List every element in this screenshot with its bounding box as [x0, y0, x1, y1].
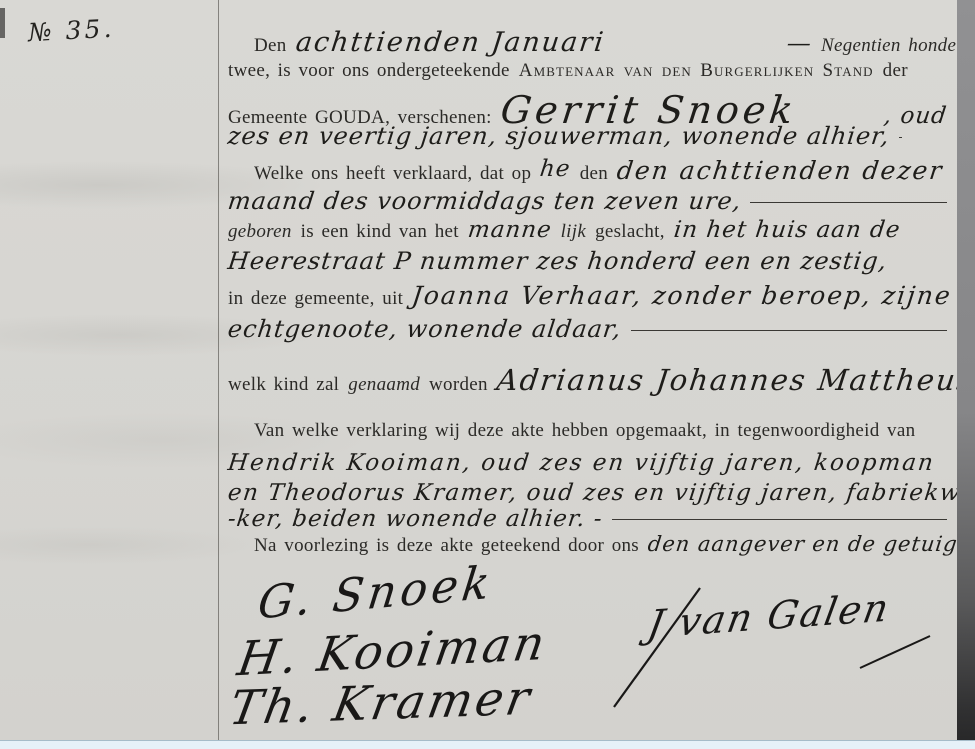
handwritten-text: manne [466, 217, 553, 243]
handwritten-name: Adrianus Johannes Mattheus [495, 363, 975, 397]
handwritten-dash: — [785, 29, 813, 57]
handwritten-name: en Theodorus Kramer, oud zes en vijftig … [226, 480, 975, 506]
handwritten-text: in het huis aan de [672, 217, 902, 243]
form-line-8: Heerestraat P nummer zes honderd een en … [228, 247, 947, 275]
printed-text: twee, is voor ons ondergeteekende [228, 60, 510, 82]
scan-bottom-strip [0, 740, 975, 749]
signature-g-snoek: G. Snoek [255, 555, 496, 629]
printed-text: Na voorlezing is deze akte geteekend doo… [254, 535, 639, 557]
page-edge-shadow [957, 0, 975, 749]
scan-edge-mark [0, 8, 5, 38]
signature-j-van-galen: J van Galen [644, 585, 893, 647]
form-line-2: twee, is voor ons ondergeteekende Ambten… [228, 60, 947, 82]
act-number: № 35. [27, 14, 115, 47]
form-line-15: -ker, beiden wonende alhier. - [228, 506, 947, 532]
signature-th-kramer: Th. Kramer [225, 671, 537, 737]
handwritten-name: Hendrik Kooiman, oud zes en vijftig jare… [226, 450, 936, 476]
form-line-7: geboren is een kind van het manne lijk g… [228, 217, 947, 243]
form-line-4: zes en veertig jaren, sjouwerman, wonend… [228, 122, 947, 150]
form-line-12: Van welke verklaring wij deze akte hebbe… [228, 420, 973, 442]
handwritten-text: zes en veertig jaren, sjouwerman, wonend… [226, 122, 891, 150]
handwritten-text: achttienden Januari [294, 27, 780, 58]
printed-text: geboren [228, 221, 292, 243]
printed-text: Den [254, 35, 287, 57]
form-line-6: maand des voormiddags ten zeven ure, [228, 187, 947, 215]
printed-text: welk kind zal [228, 374, 339, 396]
printed-text: worden [429, 374, 488, 396]
ink-rule [899, 137, 902, 138]
printed-text: in deze gemeente, uit [228, 288, 403, 310]
handwritten-text: -ker, beiden wonende alhier. - [226, 506, 604, 532]
form-line-11: welk kind zal genaamd worden Adrianus Jo… [228, 363, 947, 397]
printed-text: is een kind van het [301, 221, 459, 243]
handwritten-text: den aangever en de getuigen. [647, 532, 975, 556]
ink-rule [612, 519, 947, 520]
form-line-9: in deze gemeente, uit Joanna Verhaar, zo… [228, 281, 947, 310]
handwritten-text: Heerestraat P nummer zes honderd een en … [226, 247, 889, 275]
form-line-10: echtgenoote, wonende aldaar, [228, 315, 947, 343]
form-line-1: Den achttienden Januari — Negentien hond… [228, 27, 973, 58]
printed-text: den [580, 163, 608, 185]
handwritten-text: den achttienden dezer [615, 156, 945, 185]
printed-text: Van welke verklaring wij deze akte hebbe… [254, 420, 915, 442]
printed-text: genaamd [348, 374, 420, 396]
printed-text: lijk [561, 221, 586, 243]
ink-rule [631, 330, 947, 331]
margin-rule [218, 0, 219, 740]
handwritten-text: echtgenoote, wonende aldaar, [226, 315, 623, 343]
form-line-13: Hendrik Kooiman, oud zes en vijftig jare… [228, 450, 947, 476]
printed-smallcaps: Ambtenaar van den Burgerlijken Stand [519, 60, 874, 82]
printed-text: der [883, 60, 908, 82]
form-line-14: en Theodorus Kramer, oud zes en vijftig … [228, 480, 947, 506]
form-line-5: Welke ons heeft verklaard, dat op he den… [228, 156, 973, 185]
handwritten-insertion: he [539, 156, 573, 182]
handwritten-text: maand des voormiddags ten zeven ure, [226, 187, 743, 215]
handwritten-name: Joanna Verhaar, zonder beroep, zijne [410, 281, 953, 310]
printed-text: Negentien honderd [821, 35, 973, 57]
printed-text: Welke ons heeft verklaard, dat op [254, 163, 531, 185]
ink-rule [750, 202, 947, 203]
printed-text: geslacht, [595, 221, 665, 243]
form-line-16: Na voorlezing is deze akte geteekend doo… [228, 532, 973, 557]
document-scan: № 35. Den achttienden Januari — Negentie… [0, 0, 975, 749]
